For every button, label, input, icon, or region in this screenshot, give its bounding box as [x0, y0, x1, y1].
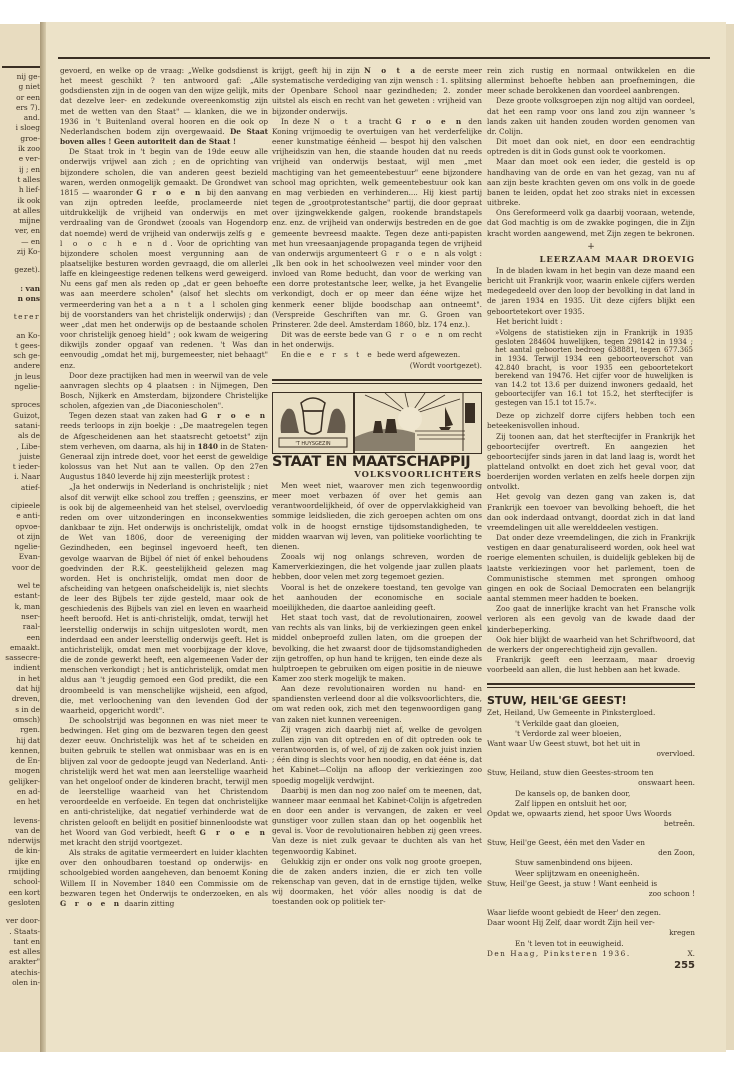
quoted-report: »Volgens de statistieken zijn in Frankri… — [495, 329, 693, 407]
fragment-line: nderwijs — [2, 836, 40, 846]
fragment-line: sch ge- — [2, 351, 40, 361]
paragraph: Deze groote volksgroepen zijn nog altijd… — [487, 96, 695, 137]
fragment-line: arakter" — [2, 957, 40, 967]
poem: Zet, Heiland, Uw Gemeente in Pinksterglo… — [487, 708, 695, 958]
paragraph: Zooals wij nog onlangs schreven, worden … — [272, 552, 482, 582]
article-title: LEERZAAM MAAR DROEVIG — [487, 254, 695, 264]
paragraph: Als straks de agitatie vermeerdert en lu… — [60, 848, 268, 909]
poem-line: Stuw, Heil'ge Geest, één met den Vader e… — [487, 838, 695, 848]
fragment-line: in het — [2, 674, 40, 684]
fragment-line: juiste — [2, 452, 40, 462]
paragraph: krijgt, geeft hij in zijn N o t a de eer… — [272, 66, 482, 117]
poem-line: 't Verdorde zal weer bloeien, — [487, 729, 695, 739]
fragment-line: satani- — [2, 421, 40, 431]
fragment-line: sproces — [2, 400, 40, 410]
fragment-line: dreven, — [2, 694, 40, 704]
fragment-line: gesloten — [2, 898, 40, 908]
fragment-line: or een — [2, 93, 40, 103]
fragment-line: rmijding — [2, 867, 40, 877]
fragment-line: een kort — [2, 888, 40, 898]
poem-line: Zet, Heiland, Uw Gemeente in Pinksterglo… — [487, 708, 695, 718]
fragment-line: n ons — [2, 294, 40, 304]
fragment-line: ijke en — [2, 857, 40, 867]
fragment-line: and. — [2, 113, 40, 123]
fragment-line: atief- — [2, 483, 40, 493]
paragraph: In deze N o t a tracht G r o e n den Kon… — [272, 117, 482, 330]
fragment-line: : van — [2, 284, 40, 294]
poem-line: Opdat we, opwaarts ziend, het spoor Uws … — [487, 809, 695, 819]
fragment-line: olen in- — [2, 978, 40, 988]
paragraph: gevoerd, en welke op de vraag: „Welke go… — [60, 66, 268, 147]
poem-line: Waar liefde woont gebiedt de Heer' den z… — [487, 908, 695, 918]
fragment-line: andere — [2, 361, 40, 371]
paragraph: In de bladen kwam in het begin van deze … — [487, 266, 695, 317]
poem-line: kregen — [487, 928, 695, 938]
fragment-line: ngelie- — [2, 542, 40, 552]
poem-line: overvloed. — [487, 749, 695, 759]
poem-line: zoo schoon ! — [487, 889, 695, 899]
fragment-line: de kin- — [2, 846, 40, 856]
cross-separator-icon: + — [487, 242, 695, 252]
fragment-line: zij Ko- — [2, 247, 40, 257]
fragment-line: jn leus — [2, 372, 40, 382]
poem-line: De kansels op, de banken door, — [487, 789, 695, 799]
fragment-line: t ieder- — [2, 462, 40, 472]
paragraph: Het gevolg van dezen gang van zaken is, … — [487, 492, 695, 533]
poem-title: STUW, HEIL'GE GEEST! — [487, 696, 695, 706]
poem-line: Want waar Uw Geest stuwt, bot het uit in — [487, 739, 695, 749]
fragment-line: Guizot, — [2, 411, 40, 421]
paragraph: Men weet niet, waarover men zich tegenwo… — [272, 481, 482, 552]
page-edge — [726, 24, 734, 1050]
fragment-line: hij dat — [2, 736, 40, 746]
paragraph: En die e e r s t e bede werd afgewezen. — [272, 350, 482, 360]
section-divider — [272, 379, 482, 384]
fragment-line: Evan- — [2, 552, 40, 562]
fragment-line: omsch) — [2, 715, 40, 725]
fragment-line: i sloeg — [2, 123, 40, 133]
fragment-line: school- — [2, 877, 40, 887]
fragment-line: dat hij — [2, 684, 40, 694]
paragraph: Zij toonen aan, dat het sterftecijfer in… — [487, 432, 695, 493]
fragment-line: i. Naar — [2, 472, 40, 482]
fragment-line: s in de — [2, 705, 40, 715]
fragment-line: levens- — [2, 816, 40, 826]
fragment-line: nser- — [2, 612, 40, 622]
fragment-line: rgen. — [2, 725, 40, 735]
fragment-line: — en — [2, 237, 40, 247]
fragment-line: e anti- — [2, 511, 40, 521]
paragraph: De Staat trok in 't begin van de 19de ee… — [60, 147, 268, 370]
page-number: 255 — [487, 961, 695, 971]
fragment-line: h lief- — [2, 185, 40, 195]
poem-line: Weer splijtzwam en oneenigheên. — [487, 869, 695, 879]
fragment-line: , Libe- — [2, 442, 40, 452]
fragment-line: ot zijn — [2, 532, 40, 542]
paragraph: Ook hier blijkt de waarheid van het Schr… — [487, 635, 695, 655]
fragment-line: sassecre- — [2, 653, 40, 663]
fragment-line: wel te — [2, 581, 40, 591]
fragment-line: een — [2, 633, 40, 643]
fragment-line: ngelie- — [2, 382, 40, 392]
fragment-line: an Ko- — [2, 331, 40, 341]
paragraph: Dit was de eerste bede van G r o e n om … — [272, 330, 482, 350]
paragraph: Daarbij is men dan nog zoo naïef om te m… — [272, 786, 482, 857]
paragraph: Het bericht luidt : — [487, 317, 695, 327]
poem-line: Stuw, Heiland, stuw dien Geestes-stroom … — [487, 768, 695, 778]
fragment-line: est alles — [2, 947, 40, 957]
paragraph: Door deze practijken had men in weerwil … — [60, 371, 268, 412]
fragment-line: estant- — [2, 591, 40, 601]
fragment-line: gezet). — [2, 265, 40, 275]
fragment-line: raal- — [2, 622, 40, 632]
section-title: STAAT EN MAATSCHAPPIJ — [272, 457, 482, 467]
fragment-line: kennen, — [2, 746, 40, 756]
fragment-line: emaakt. — [2, 643, 40, 653]
section-divider — [487, 683, 695, 688]
fragment-line: de En- — [2, 756, 40, 766]
fragment-line: mogen — [2, 766, 40, 776]
paragraph: Frankrijk geeft een leerzaam, maar droev… — [487, 655, 695, 675]
poem-line: Stuw samenbindend ons bijeen. — [487, 858, 695, 868]
fragment-line: van de — [2, 826, 40, 836]
fragment-line: terer — [2, 312, 40, 322]
paragraph: Vooral is het de onzekere toestand, ten … — [272, 583, 482, 613]
fragment-line: en ad- — [2, 787, 40, 797]
previous-page-column-fragment: nij ge-g nietor eeners 7).and.i sloeg gr… — [2, 64, 40, 988]
paragraph: Zoo gaat de innerlijke kracht van het Fr… — [487, 604, 695, 634]
paragraph: Deze op zichzelf dorre cijfers hebben to… — [487, 411, 695, 431]
fragment-line: cipieele — [2, 501, 40, 511]
fragment-line: groe- — [2, 134, 40, 144]
paragraph: De schoolstrijd was begonnen en was niet… — [60, 716, 268, 848]
paragraph: Aan deze revolutionairen worden nu hand-… — [272, 684, 482, 725]
author-signature: X. — [687, 949, 695, 959]
paragraph: Tegen dezen staat van zaken had G r o e … — [60, 411, 268, 482]
svg-text:'T HUYSGEZIN: 'T HUYSGEZIN — [295, 441, 331, 447]
fragment-line: at alles — [2, 206, 40, 216]
paragraph: Gelukkig zijn er onder ons volk nog groo… — [272, 857, 482, 908]
fragment-line: als de — [2, 431, 40, 441]
to-be-continued: (Wordt voortgezet). — [272, 361, 482, 371]
paragraph: Maar dan moet ook een ieder, die gesteld… — [487, 157, 695, 208]
place-date: Den Haag, Pinksteren 1936. — [487, 949, 631, 959]
article-title: VOLKSVOORLICHTERS — [272, 469, 482, 479]
poem-line: onswaart heen. — [487, 778, 695, 788]
column-1: gevoerd, en welke op de vraag: „Welke go… — [60, 66, 268, 909]
coat-of-arms-icon: 'T HUYSGEZIN — [273, 393, 355, 453]
paragraph: Ons Gereformeerd volk ga daarbij vooraan… — [487, 208, 695, 238]
column-3: rein zich rustig en normaal ontwikkelen … — [487, 66, 695, 971]
fragment-line: gelijker- — [2, 777, 40, 787]
fragment-line: ers 7). — [2, 103, 40, 113]
landscape-icon — [355, 393, 481, 453]
poem-footer: Den Haag, Pinksteren 1936. X. — [487, 949, 695, 959]
fragment-line: ver door- — [2, 916, 40, 926]
poem-line: betreên. — [487, 819, 695, 829]
fragment-line: t gees- — [2, 341, 40, 351]
fragment-line: ver, en — [2, 226, 40, 236]
paragraph: Het staat toch vast, dat de revolutionai… — [272, 613, 482, 684]
fragment-line: voor de — [2, 563, 40, 573]
paragraph: Zij vragen zich daarbij niet af, welke d… — [272, 725, 482, 786]
column-2: krijgt, geeft hij in zijn N o t a de eer… — [272, 66, 482, 908]
fragment-line: tant en — [2, 937, 40, 947]
fragment-line: t alles — [2, 175, 40, 185]
fragment-line: k, man — [2, 602, 40, 612]
fragment-line: atechis- — [2, 968, 40, 978]
section-illustration: 'T HUYSGEZIN — [272, 392, 482, 454]
paragraph: „Ja het onderwijs in Nederland is onchri… — [60, 482, 268, 716]
fragment-line: indient — [2, 663, 40, 673]
poem-line: Zalf lippen en ontsluit het oor, — [487, 799, 695, 809]
fragment-line: ik zoo — [2, 144, 40, 154]
fragment-line: ik ook — [2, 196, 40, 206]
poem-line: den Zoon, — [487, 848, 695, 858]
paragraph: Dat onder deze vreemdelingen, die zich i… — [487, 533, 695, 604]
fragment-line: g niet — [2, 82, 40, 92]
poem-line: Stuw, Heil'ge Geest, ja stuw ! Want eenh… — [487, 879, 695, 889]
paragraph: Dit moet dan ook niet, en door een eendr… — [487, 137, 695, 157]
fragment-line: mijne — [2, 216, 40, 226]
paragraph: rein zich rustig en normaal ontwikkelen … — [487, 66, 695, 96]
fragment-line: nij ge- — [2, 72, 40, 82]
poem-line: En 't leven tot in eeuwigheid. — [487, 939, 695, 949]
fragment-line: . Staats- — [2, 927, 40, 937]
fragment-line: e ver- — [2, 154, 40, 164]
fragment-line: en het — [2, 797, 40, 807]
fragment-line: opvoe- — [2, 522, 40, 532]
fragment-line: ij ; en — [2, 165, 40, 175]
poem-line: Daar woont Hij Zelf, daar wordt Zijn hei… — [487, 918, 695, 928]
poem-line: 't Verkilde gaat dan gloeien, — [487, 719, 695, 729]
previous-page-edge: nij ge-g nietor eeners 7).and.i sloeg gr… — [0, 24, 40, 1052]
top-rule — [58, 57, 710, 59]
